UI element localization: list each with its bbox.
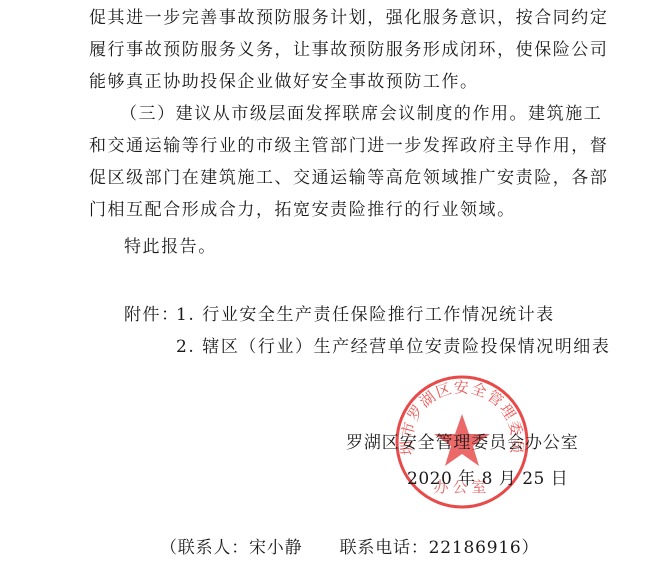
attachment-item: 1. 行业安全生产责任保险推行工作情况统计表 bbox=[176, 305, 555, 325]
body-paragraph-line: 和交通运输等行业的市级主管部门进一步发挥政府主导作用，督 bbox=[89, 136, 579, 156]
body-paragraph-line: 门相互配合形成合力，拓宽安责险推行的行业领域。 bbox=[89, 200, 579, 220]
signature-organization: 罗湖区安全管理委员会办公室 bbox=[346, 433, 579, 453]
body-paragraph-line: 履行事故预防服务义务，让事故预防服务形成闭环，使保险公司 bbox=[89, 40, 579, 60]
attachment-item: 2. 辖区（行业）生产经营单位安责险投保情况明细表 bbox=[176, 337, 610, 357]
closing-text: 特此报告。 bbox=[124, 237, 217, 257]
body-paragraph-line: 促区级部门在建筑施工、交通运输等高危领域推广安责险，各部 bbox=[89, 168, 579, 188]
signature-date: 2020 年 8 月 25 日 bbox=[407, 469, 568, 489]
body-paragraph-line: （三）建议从市级层面发挥联席会议制度的作用。建筑施工 bbox=[120, 104, 610, 124]
contact-info: （联系人：宋小静 联系电话：22186916） bbox=[160, 538, 539, 558]
body-paragraph-line: 促其进一步完善事故预防服务计划，强化服务意识，按合同约定 bbox=[89, 8, 579, 28]
body-paragraph-line: 能够真正协助投保企业做好安全事故预防工作。 bbox=[89, 72, 579, 92]
attachments-label: 附件： bbox=[124, 305, 180, 325]
